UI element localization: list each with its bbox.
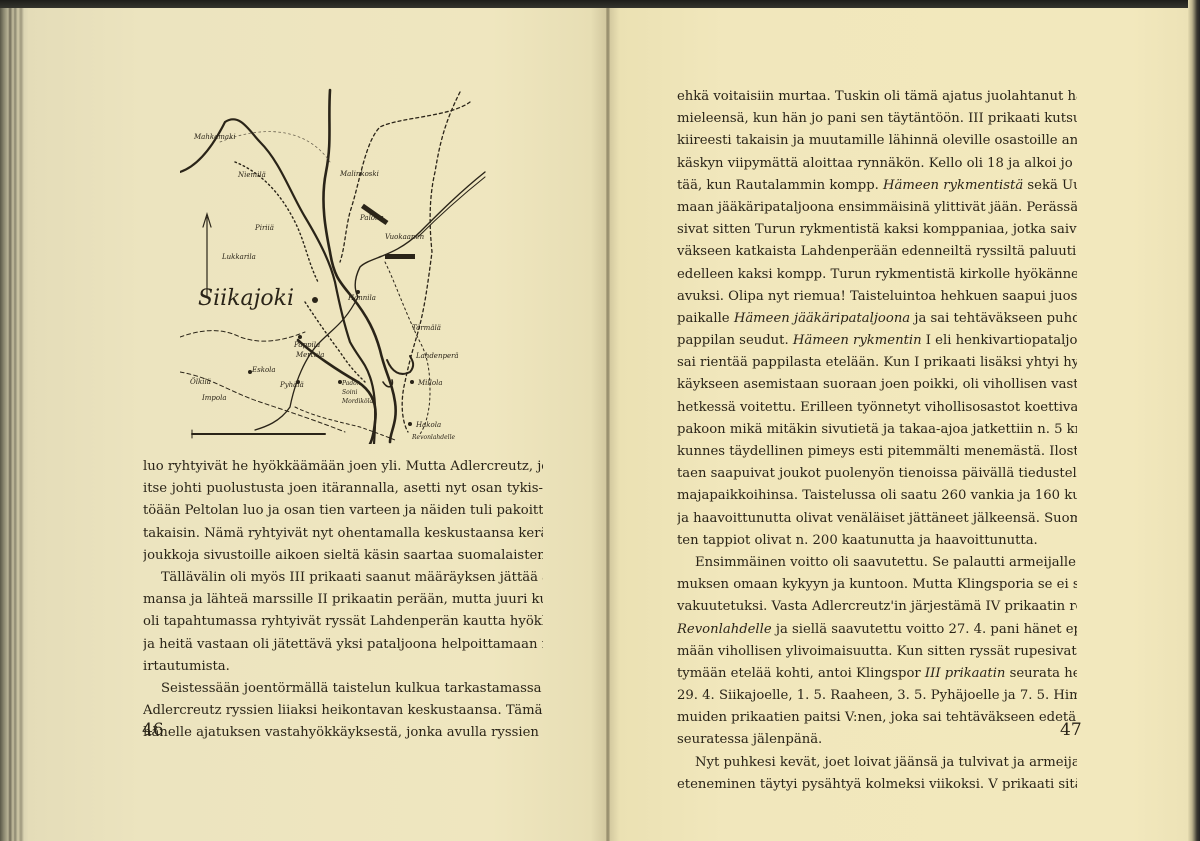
- text-line: Nyt puhkesi kevät, joet loivat jäänsä ja…: [677, 752, 1077, 774]
- map-label: Pyhälä: [279, 381, 304, 389]
- text-run: avuksi. Olipa nyt riemua! Taisteluintoa …: [677, 289, 1077, 304]
- text-line: sivat sitten Turun rykmentistä kaksi kom…: [677, 219, 1077, 241]
- text-line: itse johti puolustusta joen itärannalla,…: [143, 478, 543, 500]
- map-label: Soini: [342, 389, 358, 396]
- text-run: vakuutetuksi. Vasta Adlercreutz'in järje…: [677, 599, 1077, 614]
- text-run: edelleen kaksi kompp. Turun rykmentistä …: [677, 267, 1077, 282]
- text-line: tymään etelää kohti, antoi Klingspor III…: [677, 663, 1077, 685]
- text-run: tää, kun Rautalammin kompp.: [677, 178, 883, 193]
- text-line: edelleen kaksi kompp. Turun rykmentistä …: [677, 264, 1077, 286]
- text-run: Nyt puhkesi kevät, joet loivat jäänsä ja…: [695, 755, 1077, 770]
- text-run: 29. 4. Siikajoelle, 1. 5. Raaheen, 3. 5.…: [677, 688, 1077, 703]
- map-label: Malinkoski: [339, 170, 379, 178]
- text-line: kiireesti takaisin ja muutamille lähinnä…: [677, 130, 1077, 152]
- map-label: Mertula: [295, 351, 324, 359]
- text-run: eteneminen täytyi pysähtyä kolmeksi viik…: [677, 777, 1077, 792]
- map-label: Mordiköla: [341, 398, 374, 405]
- text-run: ja sai tehtäväkseen puhdistaa: [910, 311, 1077, 326]
- text-line: ja haavoittunutta olivat venäläiset jätt…: [677, 508, 1077, 530]
- text-run: pappilan seudut.: [677, 333, 793, 348]
- text-line: irtautumista.: [143, 656, 543, 678]
- text-line: mään vihollisen ylivoimaisuutta. Kun sit…: [677, 641, 1077, 663]
- text-line: pappilan seudut. Hämeen rykmentin I eli …: [677, 330, 1077, 352]
- italic-text: Revonlahdelle: [677, 622, 772, 637]
- page-stack-edge-right: [1188, 0, 1200, 841]
- text-run: I eli henkivartiopataljoona: [922, 333, 1077, 348]
- text-line: maan jääkäripataljoona ensimmäisinä ylit…: [677, 197, 1077, 219]
- text-line: Ensimmäinen voitto oli saavutettu. Se pa…: [677, 552, 1077, 574]
- text-line: väkseen katkaista Lahdenperään edenneilt…: [677, 241, 1077, 263]
- text-line: mansa ja lähteä marssille II prikaatin p…: [143, 589, 543, 611]
- text-line: eteneminen täytyi pysähtyä kolmeksi viik…: [677, 774, 1077, 796]
- italic-text: Hämeen rykmentin: [793, 333, 922, 348]
- text-run: majapaikkoihinsa. Taistelussa oli saatu …: [677, 488, 1077, 503]
- text-line: muiden prikaatien paitsi V:nen, joka sai…: [677, 707, 1077, 729]
- text-run: sekä Uuden-: [1023, 178, 1077, 193]
- text-line: töään Peltolan luo ja osan tien varteen …: [143, 500, 543, 522]
- text-run: käykseen asemistaan suoraan joen poikki,…: [677, 377, 1077, 392]
- text-line: vakuutetuksi. Vasta Adlercreutz'in järje…: [677, 596, 1077, 618]
- text-line: taen saapuivat joukot puolenyön tienoiss…: [677, 463, 1077, 485]
- text-run: muiden prikaatien paitsi V:nen, joka sai…: [677, 710, 1077, 725]
- map-label: Hakola: [415, 421, 441, 429]
- text-line: joukkoja sivustoille aikoen sieltä käsin…: [143, 545, 543, 567]
- italic-text: Hämeen jääkäripataljoona: [734, 311, 910, 326]
- map-label: Vuokaanen: [385, 233, 425, 241]
- text-run: maan jääkäripataljoona ensimmäisinä ylit…: [677, 200, 1077, 215]
- page-number-left: 46: [142, 720, 164, 740]
- text-run: sivat sitten Turun rykmentistä kaksi kom…: [677, 222, 1077, 237]
- text-line: hetkessä voitettu. Erilleen työnnetyt vi…: [677, 397, 1077, 419]
- text-run: mieleensä, kun hän jo pani sen täytäntöö…: [677, 111, 1077, 126]
- text-run: Ensimmäinen voitto oli saavutettu. Se pa…: [695, 555, 1077, 570]
- map-label: Revonlahdelle: [411, 434, 456, 441]
- italic-text: Hämeen rykmentistä: [883, 178, 1023, 193]
- text-run: ja haavoittunutta olivat venäläiset jätt…: [677, 511, 1077, 526]
- map-label: Piriiä: [254, 224, 274, 232]
- text-run: taen saapuivat joukot puolenyön tienoiss…: [677, 466, 1077, 481]
- text-line: Revonlahdelle ja siellä saavutettu voitt…: [677, 619, 1077, 641]
- text-run: paikalle: [677, 311, 734, 326]
- map-label: Mahkamaki: [193, 133, 236, 141]
- text-line: Adlercreutz ryssien liiaksi heikontavan …: [143, 700, 543, 722]
- text-line: käykseen asemistaan suoraan joen poikki,…: [677, 374, 1077, 396]
- text-line: ehkä voitaisiin murtaa. Tuskin oli tämä …: [677, 86, 1077, 108]
- text-line: pakoon mikä mitäkin sivutietä ja takaa-a…: [677, 419, 1077, 441]
- text-line: Tällävälin oli myös III prikaati saanut …: [143, 567, 543, 589]
- map-label: Paloila: [359, 214, 384, 222]
- text-run: käskyn viipymättä aloittaa rynnäkön. Kel…: [677, 156, 1077, 171]
- book-gutter: [606, 8, 610, 841]
- text-line: oli tapahtumassa ryhtyivät ryssät Lahden…: [143, 611, 543, 633]
- text-line: avuksi. Olipa nyt riemua! Taisteluintoa …: [677, 286, 1077, 308]
- text-run: tymään etelää kohti, antoi Klingspor: [677, 666, 925, 681]
- text-line: ja heitä vastaan oli jätettävä yksi pata…: [143, 634, 543, 656]
- text-line: majapaikkoihinsa. Taistelussa oli saatu …: [677, 485, 1077, 507]
- italic-text: III prikaatin: [925, 666, 1006, 681]
- text-line: käskyn viipymättä aloittaa rynnäkön. Kel…: [677, 153, 1077, 175]
- text-line: takaisin. Nämä ryhtyivät nyt ohentamalla…: [143, 523, 543, 545]
- map-drawing: Siikajoki Mahkamaki Niemilä Piriiä Lukka…: [180, 82, 510, 444]
- text-line: mieleensä, kun hän jo pani sen täytäntöö…: [677, 108, 1077, 130]
- map-label: Padon: [341, 380, 361, 387]
- text-line: Seistessään joentörmällä taistelun kulku…: [143, 678, 543, 700]
- book-spread: Siikajoki Mahkamaki Niemilä Piriiä Lukka…: [0, 0, 1200, 841]
- text-run: ja siellä saavutettu voitto 27. 4. pani …: [772, 622, 1077, 637]
- map-label: Pappila: [293, 341, 320, 349]
- text-run: väkseen katkaista Lahdenperään edenneilt…: [677, 244, 1077, 259]
- map-label: Törmälä: [412, 324, 441, 332]
- text-line: muksen omaan kykyyn ja kuntoon. Mutta Kl…: [677, 574, 1077, 596]
- text-run: seurata heitä: [1005, 666, 1077, 681]
- map-label: Niemilä: [237, 171, 266, 179]
- text-run: ehkä voitaisiin murtaa. Tuskin oli tämä …: [677, 89, 1077, 104]
- map-label: Lahdenperä: [415, 352, 459, 360]
- map-label: Ölkilä: [190, 377, 211, 386]
- map-label: Millola: [417, 379, 443, 387]
- text-line: tää, kun Rautalammin kompp. Hämeen rykme…: [677, 175, 1077, 197]
- text-line: 29. 4. Siikajoelle, 1. 5. Raaheen, 3. 5.…: [677, 685, 1077, 707]
- page-number-right: 47: [1060, 720, 1082, 740]
- text-run: kiireesti takaisin ja muutamille lähinnä…: [677, 133, 1077, 148]
- map-label: Hannila: [347, 294, 376, 302]
- text-run: kunnes täydellinen pimeys esti pitemmält…: [677, 444, 1077, 459]
- text-run: pakoon mikä mitäkin sivutietä ja takaa-a…: [677, 422, 1077, 437]
- text-run: ten tappiot olivat n. 200 kaatunutta ja …: [677, 533, 1038, 548]
- text-line: paikalle Hämeen jääkäripataljoona ja sai…: [677, 308, 1077, 330]
- text-run: seuratessa jälenpänä.: [677, 732, 822, 747]
- left-page-body-text: luo ryhtyivät he hyökkäämään joen yli. M…: [143, 456, 543, 744]
- text-line: sai rientää pappilasta etelään. Kun I pr…: [677, 352, 1077, 374]
- text-run: mään vihollisen ylivoimaisuutta. Kun sit…: [677, 644, 1077, 659]
- text-line: hänelle ajatuksen vastahyökkäyksestä, jo…: [143, 722, 543, 744]
- text-run: muksen omaan kykyyn ja kuntoon. Mutta Kl…: [677, 577, 1077, 592]
- text-run: sai rientää pappilasta etelään. Kun I pr…: [677, 355, 1077, 370]
- battle-map-siikajoki: Siikajoki Mahkamaki Niemilä Piriiä Lukka…: [180, 82, 510, 444]
- text-line: seuratessa jälenpänä.: [677, 729, 1077, 751]
- text-line: ten tappiot olivat n. 200 kaatunutta ja …: [677, 530, 1077, 552]
- text-run: hetkessä voitettu. Erilleen työnnetyt vi…: [677, 400, 1077, 415]
- map-label: Impola: [201, 394, 227, 402]
- text-line: kunnes täydellinen pimeys esti pitemmält…: [677, 441, 1077, 463]
- text-line: luo ryhtyivät he hyökkäämään joen yli. M…: [143, 456, 543, 478]
- map-label: Lukkarila: [221, 253, 256, 261]
- right-page-body-text: ehkä voitaisiin murtaa. Tuskin oli tämä …: [677, 86, 1077, 796]
- map-label-siikajoki: Siikajoki: [198, 286, 294, 311]
- page-stack-edge-left: [0, 8, 28, 841]
- map-label: Eskola: [251, 366, 276, 374]
